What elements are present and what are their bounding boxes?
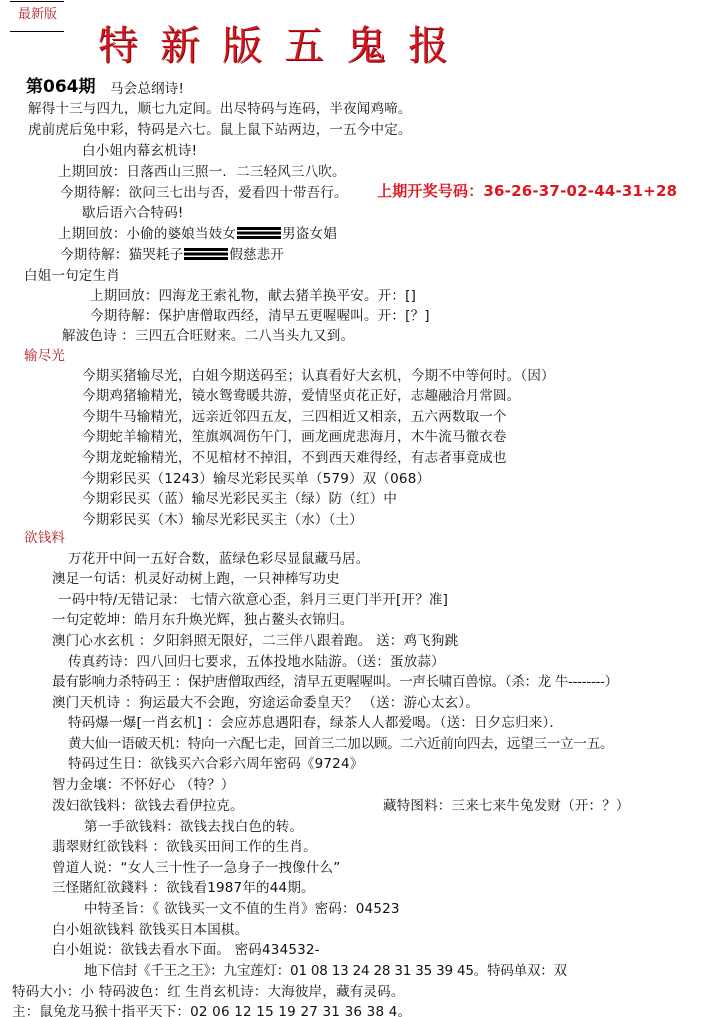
want-money-line: 特码爆一爆[一肖玄机] ：会应苏息遇阳春，绿茶人人都爱喝。（送：日夕忘归来）． [68, 714, 563, 732]
zodiac-this-period: 今期待解：保护唐僧取西经，清早五更喔喔叫。开：[？] [90, 307, 430, 325]
want-money-line: 传真药诗：四八回归七要求，五体投地水陆游。（送：蛋放蒜） [68, 653, 445, 671]
want-money-line: 泼妇欲钱料：欲钱去看伊拉克。 [52, 797, 244, 815]
xiehouyu-last-review-question: 上期回放：小偷的婆娘当妓女 [58, 226, 236, 242]
want-money-line: 澳门天机诗 ：狗运最大不会跑，穷途运命委皇天？ （送：游心太玄）。 [52, 694, 479, 712]
lose-all-line: 今期龙蛇输精光，不见棺材不掉泪，不到西天难得经，有志者事竟成也 [82, 449, 507, 467]
want-money-line: 黄大仙一语破天机：特向一六配七走，回首三二加以顾。二六近前向四去，远望三一立一五… [68, 735, 613, 753]
want-money-line: 一句定乾坤：皓月东升焕光辉，独占鳌头衣锦归。 [52, 611, 353, 629]
lose-all-line: 今期彩民买（1243）输尽光彩民买单（579）双（068） [82, 470, 430, 488]
main-poem-line: 虎前虎后兔中彩，特码是六七。鼠上鼠下站两边，一五今中定。 [28, 121, 412, 139]
main-poem-line: 解得十三与四九，顺七九定间。出尽特码与连码，半夜闻鸡啼。 [28, 100, 412, 118]
want-money-line: 一码中特/无错记录： 七情六欲意心歪，斜月三更门半开[开？准] [58, 591, 448, 609]
last-draw-numbers: 上期开奖号码：36-26-37-02-44-31+28 [377, 182, 677, 200]
want-money-line: 澳足一句话：机灵好动树上跑，一只神棒写功史 [52, 570, 340, 588]
xiehouyu-last-review: 上期回放：小偷的婆娘当妓女男盗女娼 [58, 225, 337, 243]
want-money-line: 澳门心水玄机 ：夕阳斜照无限好，二三伴八跟着跑。 送：鸡飞狗跳 [52, 632, 458, 650]
want-money-line: 万花开中间一五好合数，蓝绿色彩尽显鼠藏马居。 [68, 550, 369, 568]
lose-all-line: 今期蛇羊输精光，笙旗飒凋伤午门，画龙画虎悲海月，木牛流马徹衣卷 [82, 428, 507, 446]
lose-all-line: 今期牛马输精光，远亲近邻四五友，三四相近又相亲，五六两数取一个 [82, 408, 507, 426]
want-money-line: 翡翠财红欲钱料 ：欲钱买田间工作的生肖。 [52, 838, 317, 856]
want-money-line: 三怪賭紅欲錢料 ：欲钱看1987年的44期。 [52, 879, 315, 897]
section-want-money: 欲钱料 [24, 529, 65, 547]
want-money-line: 白小姐欲钱料 欲钱买日本国棋。 [52, 921, 248, 939]
want-money-line: 中特圣旨：《 欲钱买一文不值的生肖》密码：04523 [84, 900, 400, 918]
page-title: 特新版五鬼报 [98, 22, 470, 70]
section-lose-all: 输尽光 [24, 347, 65, 365]
lose-all-line: 今期买猪输尽光，白姐今期送码至；认真看好大玄机，今期不中等何时。（因） [82, 367, 555, 385]
want-money-line: 最有影响力杀特码王 ：保护唐僧取西经，清早五更喔喔叫。一声长啸百兽惊。（杀：龙 … [52, 673, 618, 691]
xiehouyu-last-review-answer: 男盗女娼 [282, 226, 337, 242]
wave-color-poem: 解波色诗 ：三四五合旺财来。二八当头九又到。 [62, 327, 354, 345]
triple-bar-icon [237, 227, 281, 239]
underground-envelope: 地下信封《千王之王》：九宝莲灯：01 08 13 24 28 31 35 39 … [84, 962, 567, 980]
want-money-line: 曾道人说：“女人三十性子一急身子一拽像什么” [52, 859, 340, 877]
xiehouyu-this-period-question: 今期待解：猫哭耗子 [60, 247, 183, 263]
main-poem-heading: 马会总纲诗! [110, 80, 184, 98]
issue-number: 第064期 [26, 72, 96, 97]
want-money-line: 第一手欲钱料：欲钱去找白色的转。 [84, 818, 303, 836]
want-money-line: 白小姐说：欲钱去看水下面。 密码434532- [52, 941, 320, 959]
xiehouyu-this-period-answer: 假慈悲开 [229, 247, 284, 263]
badge-underline-rule [10, 31, 64, 32]
top-rule [10, 1, 64, 2]
lose-all-line: 今期彩民买（蓝）输尽光彩民买主（绿）防（红）中 [82, 490, 397, 508]
latest-edition-badge: 最新版 [18, 3, 57, 22]
lose-all-line: 今期鸡猪输精光，镜水鸳鸯暖共游，爱情坚贞花正好，志趣融洽月常圆。 [82, 387, 520, 405]
special-size-color: 特码大小：小 特码波色：红 生肖玄机诗：大海彼岸，藏有灵码。 [12, 983, 405, 1001]
bai-poem-heading: 白小姐内幕玄机诗! [82, 142, 197, 160]
zodiac-heading: 白姐一句定生肖 [24, 267, 120, 285]
want-money-line: 智力金壤：不怀好心 （特？） [52, 776, 235, 794]
main-zodiac-numbers: 主：鼠兔龙马猴十指平天下：02 06 12 15 19 27 31 36 38 … [12, 1003, 411, 1017]
hidden-special-picture: 藏特图料：三来七来牛兔发财（开：？） [383, 797, 630, 815]
bai-poem-last-review: 上期回放：日落西山三照一．二三轻风三八吹。 [58, 163, 346, 181]
want-money-line: 特码过生日：欲钱买六合彩六周年密码《9724》 [68, 755, 363, 773]
triple-bar-icon [184, 248, 228, 260]
xiehouyu-this-period: 今期待解：猫哭耗子假慈悲开 [60, 246, 284, 264]
xiehouyu-heading: 歇后语六合特码! [82, 204, 184, 222]
lose-all-line: 今期彩民买（木）输尽光彩民买主（水）（土） [82, 511, 363, 529]
bai-poem-this-period: 今期待解：欲问三七出与否，爱看四十带吾行。 [60, 184, 348, 202]
zodiac-last-review: 上期回放：四海龙王索礼物，献去猪羊换平安。开：[] [90, 287, 416, 305]
